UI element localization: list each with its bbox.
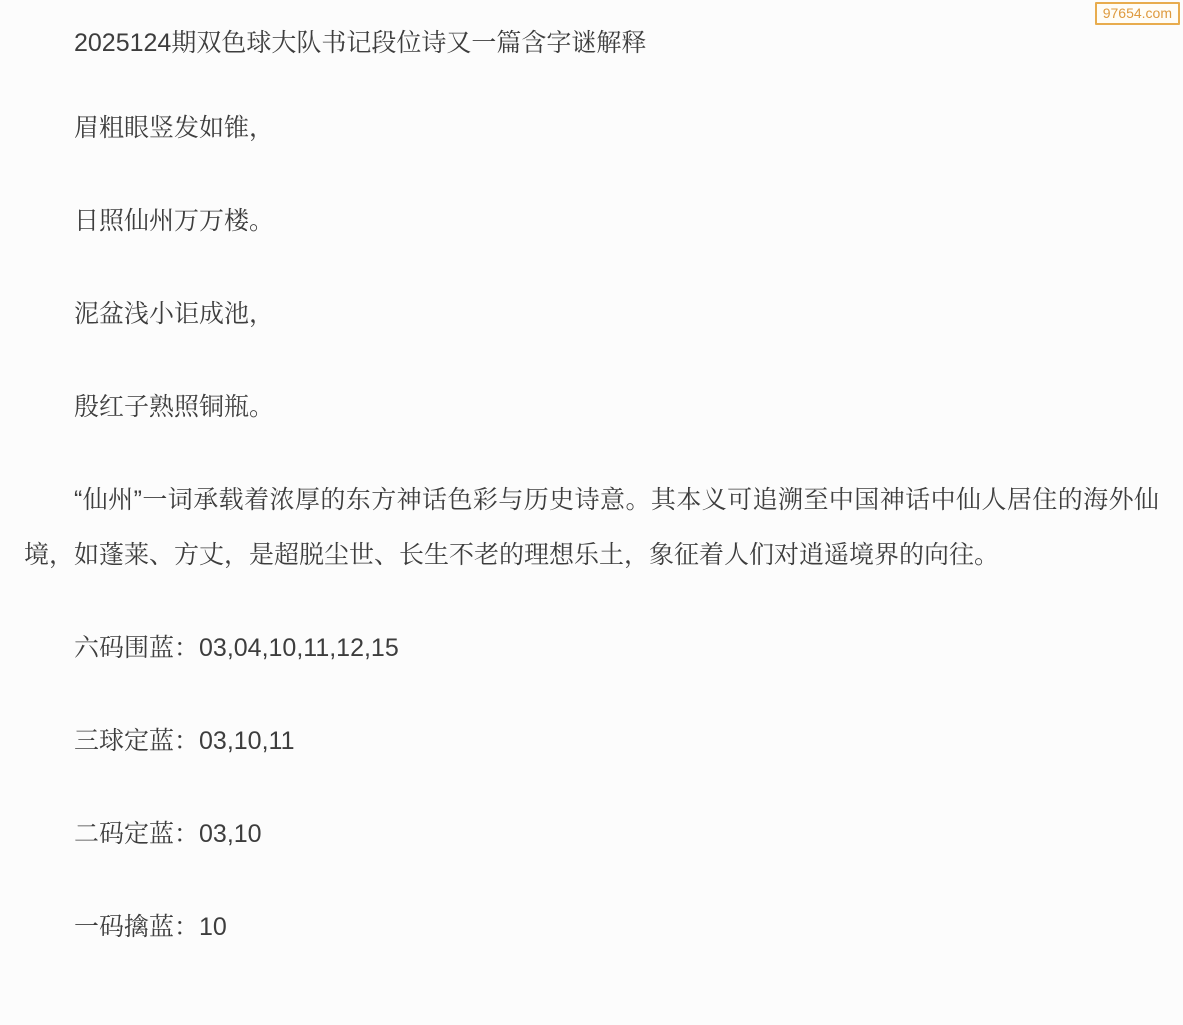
prediction-numbers: 03,10	[199, 820, 262, 848]
poem-line-2: 日照仙州万万楼。	[24, 194, 1159, 249]
prediction-label: 二码定蓝：	[74, 820, 199, 848]
poem-line-1: 眉粗眼竖发如锥，	[24, 101, 1159, 156]
explanation-paragraph: “仙州”一词承载着浓厚的东方神话色彩与历史诗意。其本义可追溯至中国神话中仙人居住…	[24, 473, 1159, 583]
prediction-numbers: 10	[199, 913, 227, 941]
prediction-numbers: 03,10,11	[199, 727, 294, 755]
poem-line-3: 泥盆浅小讵成池，	[24, 287, 1159, 342]
poem-line-4: 殷红子熟照铜瓶。	[24, 380, 1159, 435]
article-page: 97654.com 2025124期双色球大队书记段位诗又一篇含字谜解释 眉粗眼…	[0, 0, 1183, 955]
prediction-line-six-code-blue: 六码围蓝：03,04,10,11,12,15	[24, 621, 1159, 676]
article-title: 2025124期双色球大队书记段位诗又一篇含字谜解释	[24, 16, 1159, 71]
prediction-label: 六码围蓝：	[74, 634, 199, 662]
prediction-line-three-ball-blue: 三球定蓝：03,10,11	[24, 714, 1159, 769]
prediction-label: 一码擒蓝：	[74, 913, 199, 941]
prediction-label: 三球定蓝：	[74, 727, 199, 755]
prediction-line-one-code-blue: 一码擒蓝：10	[24, 900, 1159, 955]
watermark-badge: 97654.com	[1095, 2, 1180, 25]
prediction-line-two-code-blue: 二码定蓝：03,10	[24, 807, 1159, 862]
prediction-numbers: 03,04,10,11,12,15	[199, 634, 399, 662]
